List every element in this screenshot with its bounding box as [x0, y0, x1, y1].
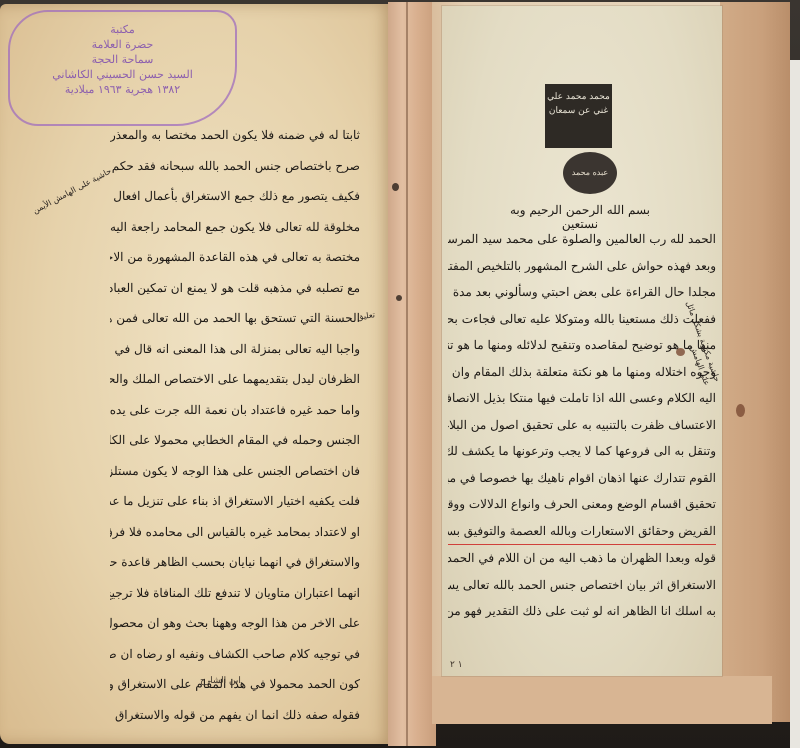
text-line: مختصة به تعالى في هذه القاعدة المشهورة م… [110, 242, 360, 273]
text-line: الحمد لله رب العالمين والصلوة على محمد س… [448, 226, 716, 253]
text-line: صرح باختصاص جنس الحمد بالله سبحانه فقد ح… [110, 151, 360, 182]
text-line: وبعد فهذه حواش على الشرح المشهور بالتلخي… [448, 253, 716, 280]
stamp-line: مكتبة [10, 22, 235, 37]
text-line: في توجيه كلام صاحب الكشاف ونفيه او رضاه … [110, 639, 360, 670]
text-line: الحسنة التي تستحق بها الحمد من الله تعال… [110, 303, 360, 334]
text-line: فكيف يتصور مع ذلك جمع الاستغراق بأعمال ا… [110, 181, 360, 212]
stamp-line: السيد حسن الحسيني الكاشاني [10, 67, 235, 82]
text-line: واجبا اليه تعالى بمنزلة الى هذا المعنى ا… [110, 334, 360, 365]
stamp-line: حضرة العلامة [10, 37, 235, 52]
left-page-text: ثابتا له في ضمنه فلا يكون الحمد مختصا به… [110, 120, 360, 730]
oval-seal: عبده محمد [563, 152, 617, 194]
book-gutter [388, 2, 436, 746]
right-page-bottom-margin [432, 676, 772, 724]
text-line: انهما اعتباران متاويان لا تندفع تلك المن… [110, 578, 360, 609]
ink-stain [736, 404, 745, 417]
text-line: ثابتا له في ضمنه فلا يكون الحمد مختصا به… [110, 120, 360, 151]
text-line: الاعتساف ظفرت بالتنبيه به على تحقيق اصول… [448, 412, 716, 439]
folio-number: ١ ٢ [450, 660, 463, 670]
text-line: فقوله صفه ذلك انما ان يفهم من قوله والاس… [110, 700, 360, 731]
text-line: فلت يكفيه اختيار الاستغراق اذ بناء على ت… [110, 486, 360, 517]
text-line: الاستغراق اثر بيان اختصاص جنس الحمد بالل… [448, 572, 716, 599]
text-line: مع تصلبه في مذهبه قلت هو لا يمنع ان تمكي… [110, 273, 360, 304]
text-line: واما حمد غيره فاعتداد بان نعمة الله جرت … [110, 395, 360, 426]
text-line: القريض وحقائق الاستعارات وبالله العصمة و… [448, 518, 716, 545]
right-page-text: الحمد لله رب العالمين والصلوة على محمد س… [448, 226, 716, 625]
spine-crease [406, 2, 408, 746]
rectangular-seal: محمد محمد علي غني عن سمعان [545, 84, 612, 148]
ink-stain [396, 295, 402, 301]
scan-edge-strip [790, 60, 800, 748]
text-line-rubric: قوله وبعدا الظهران ما ذهب اليه من ان الل… [448, 544, 716, 572]
seal-line: غني عن سمعان [545, 104, 612, 118]
text-line: وتنقل به الى فروعها كما لا يجب وترعونها … [448, 438, 716, 465]
text-line: والاستغراق في انهما نيايان بحسب الظاهر ق… [110, 547, 360, 578]
ink-stain [676, 348, 685, 356]
stamp-line: ١٣٨٢ هجرية ١٩٦٣ ميلادية [10, 82, 235, 97]
library-stamp: مكتبة حضرة العلامة سماحة الحجة السيد حسن… [8, 10, 237, 126]
text-line: به اسلك انا الظاهر انه لو ثبت على ذلك ال… [448, 598, 716, 625]
text-line: مخلوقة لله تعالى فلا يكون جمع المحامد را… [110, 212, 360, 243]
text-line: وجوه اختلاله ومنها ما هو نكتة متعلقة بذل… [448, 359, 716, 386]
stamp-line: سماحة الحجة [10, 52, 235, 67]
text-line: منها ما هو توضيح لمقاصده وتنقيح لدلائله … [448, 332, 716, 359]
text-line: الظرفان ليدل بتقديمهما على الاختصاص المل… [110, 364, 360, 395]
bottom-signature: ابن الشارح [200, 676, 241, 686]
text-line: على الاخر من هذا الوجه وههنا بحث وهو ان … [110, 608, 360, 639]
open-manuscript: مكتبة حضرة العلامة سماحة الحجة السيد حسن… [0, 0, 790, 748]
ink-stain [392, 183, 399, 191]
seal-line: محمد محمد علي [545, 90, 612, 104]
text-line: اليه الكلام وعسى الله اذا تاملت فيها منت… [448, 385, 716, 412]
text-line: فان اختصاص الجنس على هذا الوجه لا يكون م… [110, 456, 360, 487]
text-line: القوم تتدارك عنها اذهان اقوام ناهيك بها … [448, 465, 716, 492]
right-page-frame [720, 2, 790, 722]
text-line: الجنس وحمله في المقام الخطابي محمولا على… [110, 425, 360, 456]
text-line: تحقيق اقسام الوضع ومعنى الحرف وانواع الد… [448, 491, 716, 518]
text-line: او لاعتداد بمحامد غيره بالقياس الى محامد… [110, 517, 360, 548]
